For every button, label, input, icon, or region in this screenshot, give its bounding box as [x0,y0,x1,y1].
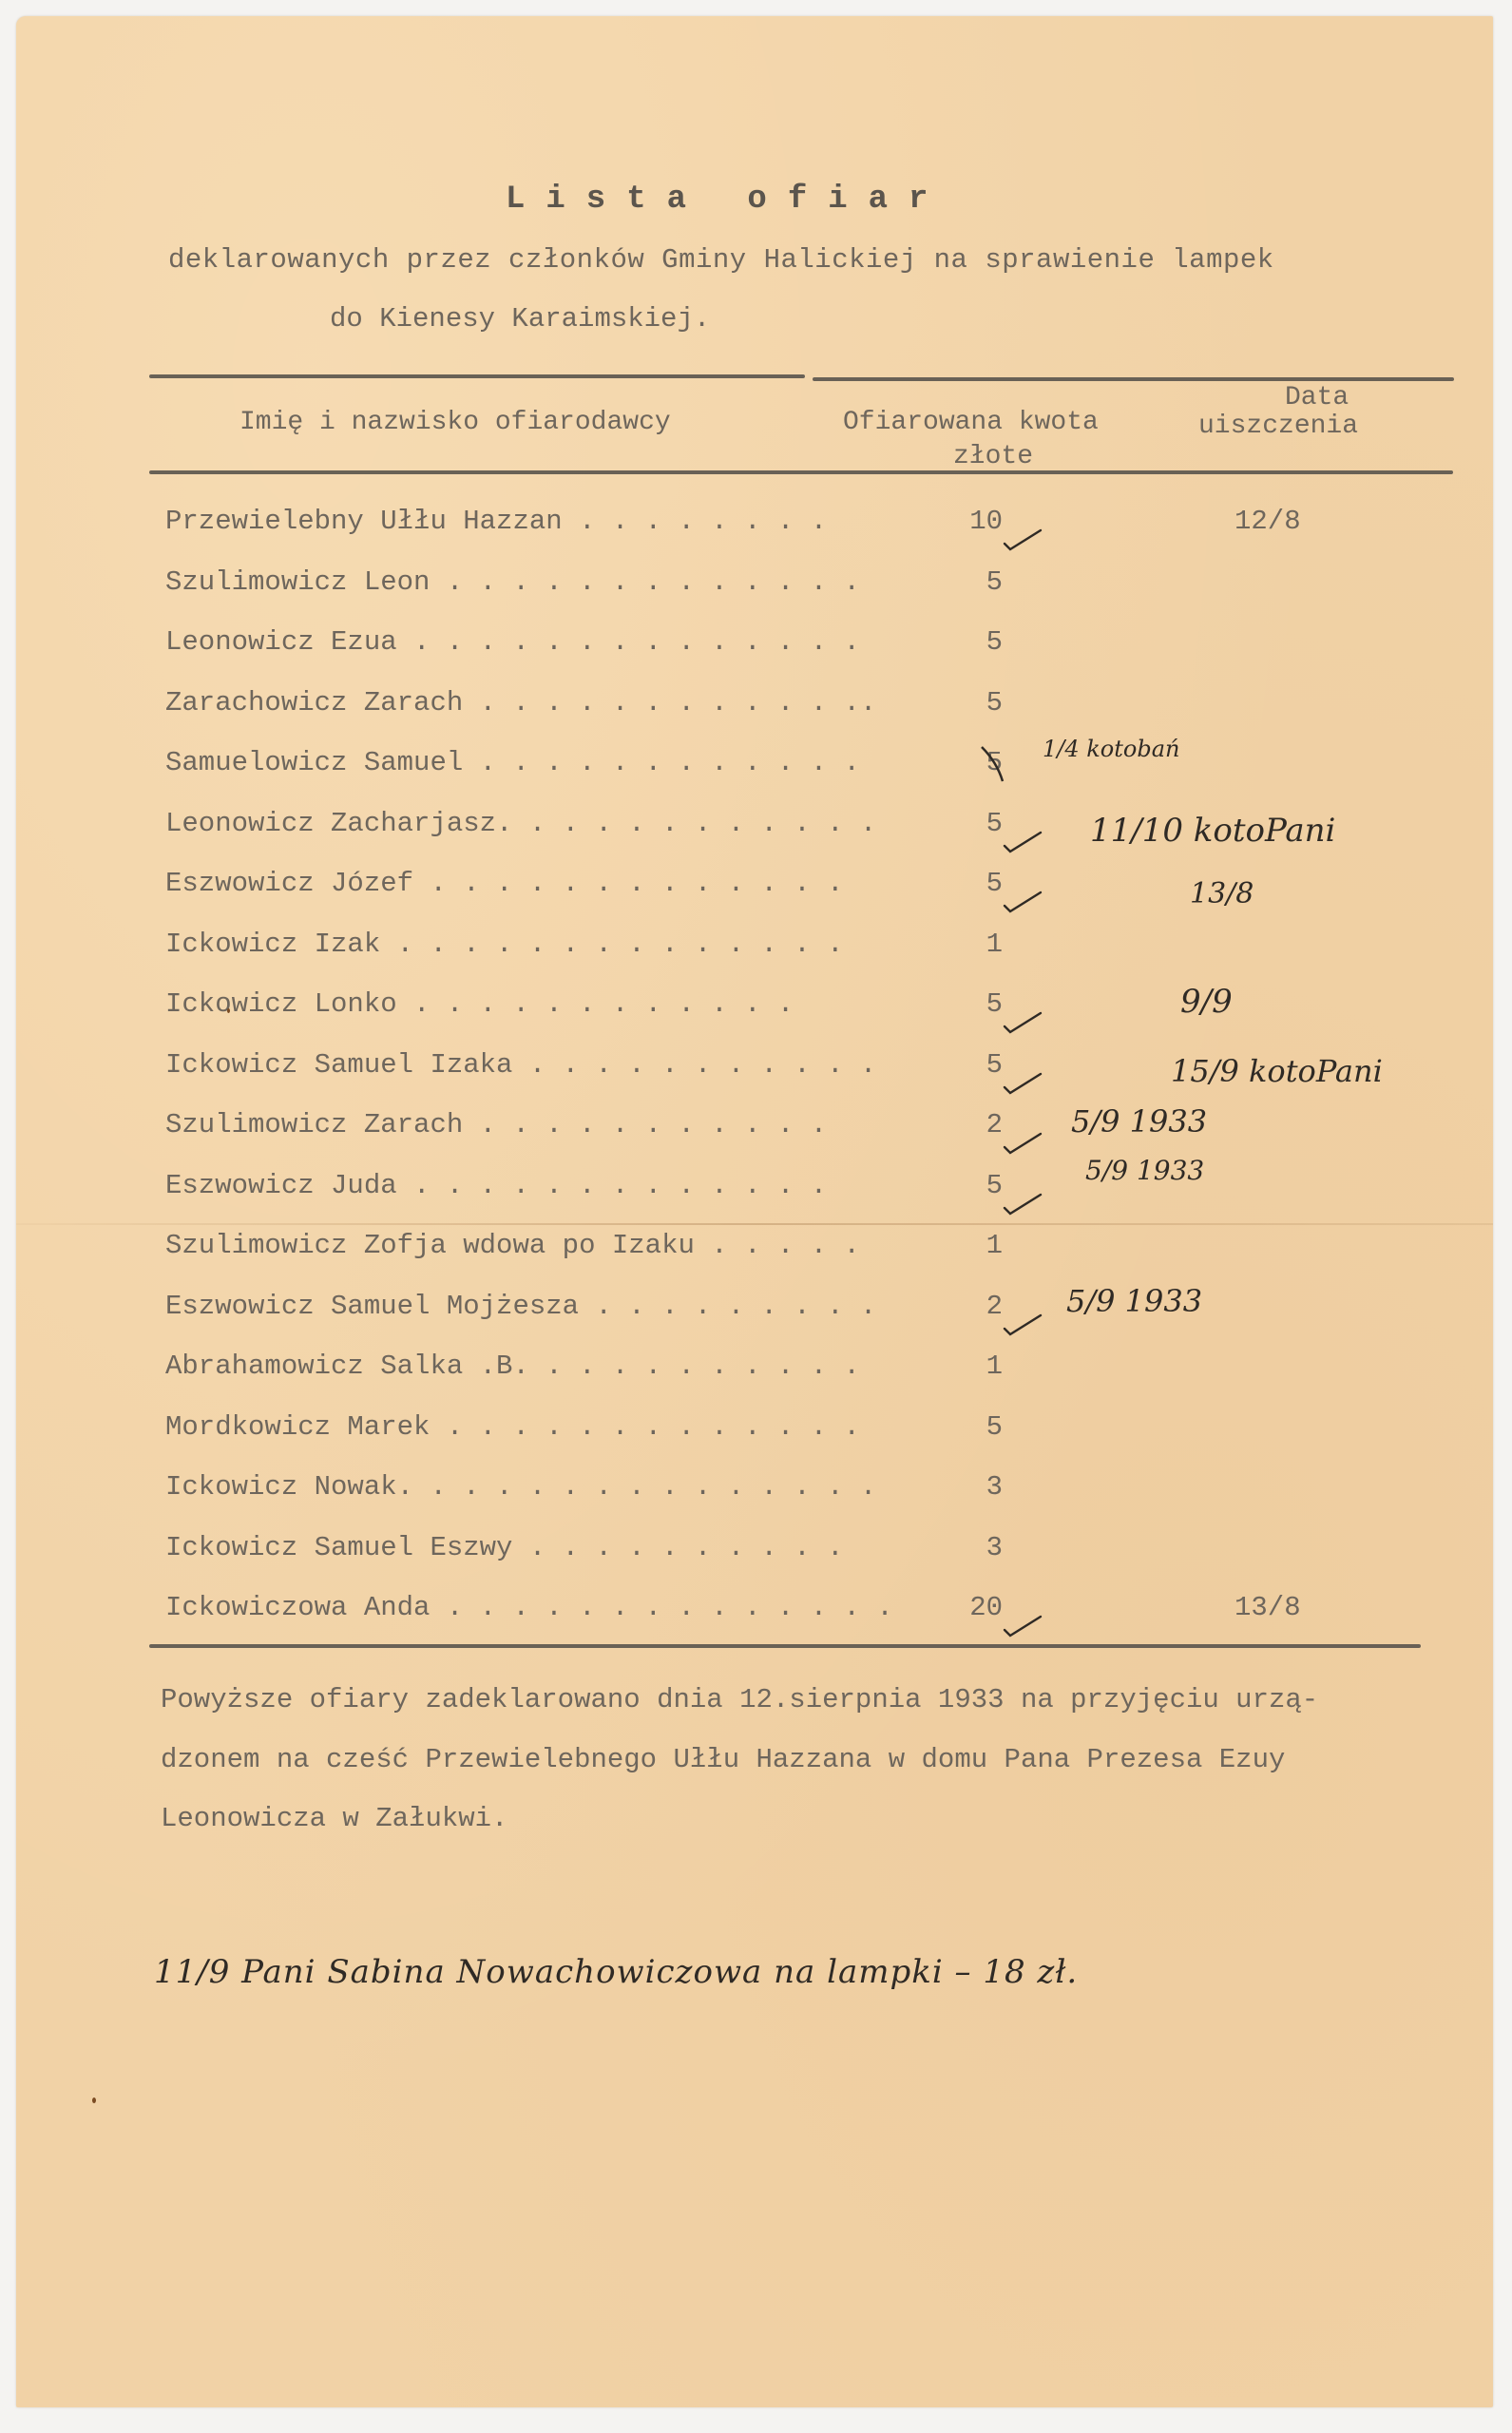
checkmark-icon [1003,1613,1041,1634]
checkmark-icon [1003,1009,1041,1030]
donation-amount: 2 [946,1291,1003,1322]
donor-name: Leonowicz Zacharjasz. . . . . . . . . . … [165,808,876,839]
donor-name: Leonowicz Ezua . . . . . . . . . . . . .… [165,626,860,658]
checkmark-icon [1003,1130,1041,1151]
donor-name: Eszwowicz Józef . . . . . . . . . . . . … [165,868,844,899]
donor-name: Przewielebny Ułłu Hazzan . . . . . . . . [165,506,827,537]
paper-speck [227,1008,230,1013]
donor-name: Samuelowicz Samuel . . . . . . . . . . .… [165,747,860,778]
donor-name: Ickowicz Izak . . . . . . . . . . . . . … [165,929,844,960]
checkmark-icon [1003,1070,1041,1091]
payment-date: 12/8 [1234,506,1301,537]
paper-speck [92,2098,96,2103]
handwritten-payment-note: 1/4 kotobań [1043,736,1179,762]
donation-amount: 1 [946,1351,1003,1382]
donation-amount: 5 [946,1170,1003,1201]
donor-name: Eszwowicz Juda . . . . . . . . . . . . . [165,1170,827,1201]
donor-name: Eszwowicz Samuel Mojżesza . . . . . . . … [165,1291,876,1322]
handwritten-payment-note: 11/10 kotoPani [1090,812,1335,850]
checkmark-icon [1003,889,1041,910]
donor-name: Mordkowicz Marek . . . . . . . . . . . .… [165,1411,860,1443]
checkmark-icon [1003,1312,1041,1332]
footer-text-line2: dzonem na cześć Przewielebnego Ułłu Hazz… [161,1744,1285,1775]
header-amount-unit: złote [953,442,1033,471]
checkmark-icon [1003,829,1041,850]
donor-name: Zarachowicz Zarach . . . . . . . . . . .… [165,687,876,718]
donor-name: Ickowicz Lonko . . . . . . . . . . . . [165,988,794,1020]
table-header-bottom-rule [149,470,1453,474]
donor-name: Ickowiczowa Anda . . . . . . . . . . . .… [165,1592,893,1623]
document-subtitle-line1: deklarowanych przez członków Gminy Halic… [168,244,1274,276]
donor-name: Ickowicz Nowak. . . . . . . . . . . . . … [165,1471,876,1503]
donor-name: Ickowicz Samuel Izaka . . . . . . . . . … [165,1049,876,1081]
header-name: Imię i nazwisko ofiarodawcy [239,408,671,437]
donation-amount: 3 [946,1471,1003,1503]
footer-text-line1: Powyższe ofiary zadeklarowano dnia 12.si… [161,1684,1318,1715]
donation-amount: 2 [946,1109,1003,1140]
donor-name: Szulimowicz Leon . . . . . . . . . . . .… [165,566,860,598]
paper-sheet: Lista ofiar deklarowanych przez członków… [16,16,1493,2407]
paper-fold-crease [16,1223,1493,1225]
donation-amount: 3 [946,1532,1003,1563]
footer-text-line3: Leonowicza w Załukwi. [161,1803,507,1834]
table-bottom-rule [149,1644,1421,1648]
strike-mark-icon [980,743,1018,764]
handwritten-payment-note: 5/9 1933 [1066,1283,1202,1319]
handwritten-payment-note: 13/8 [1190,877,1254,910]
donation-amount: 1 [946,929,1003,960]
donation-amount: 1 [946,1230,1003,1261]
handwritten-payment-note: 15/9 kotoPani [1171,1053,1383,1089]
donation-amount: 20 [946,1592,1003,1623]
donation-amount: 5 [946,687,1003,718]
header-amount: Ofiarowana kwota [843,408,1099,437]
donation-amount: 5 [946,988,1003,1020]
table-top-rule-right [813,377,1454,381]
document-title: Lista ofiar [506,182,948,218]
donation-amount: 5 [946,868,1003,899]
header-date: Data [1285,383,1349,412]
checkmark-icon [1003,1191,1041,1212]
checkmark-icon [1003,527,1041,547]
donation-amount: 5 [946,808,1003,839]
handwritten-payment-note: 5/9 1933 [1085,1155,1204,1186]
donation-amount: 5 [946,1411,1003,1443]
handwritten-payment-note: 9/9 [1180,983,1233,1021]
table-top-rule-left [149,374,805,378]
document-subtitle-line2: do Kienesy Karaimskiej. [330,303,710,335]
handwritten-payment-note: 5/9 1933 [1071,1103,1207,1140]
donor-name: Ickowicz Samuel Eszwy . . . . . . . . . … [165,1532,844,1563]
handwritten-footnote: 11/9 Pani Sabina Nowachowiczowa na lampk… [154,1953,1078,1991]
payment-date: 13/8 [1234,1592,1301,1623]
donation-amount: 5 [946,626,1003,658]
donor-name: Abrahamowicz Salka .B. . . . . . . . . .… [165,1351,860,1382]
donor-name: Szulimowicz Zarach . . . . . . . . . . . [165,1109,827,1140]
donation-amount: 10 [946,506,1003,537]
header-date-label: uiszczenia [1198,412,1358,441]
donation-amount: 5 [946,566,1003,598]
donor-name: Szulimowicz Zofja wdowa po Izaku . . . .… [165,1230,860,1261]
donation-amount: 5 [946,1049,1003,1081]
